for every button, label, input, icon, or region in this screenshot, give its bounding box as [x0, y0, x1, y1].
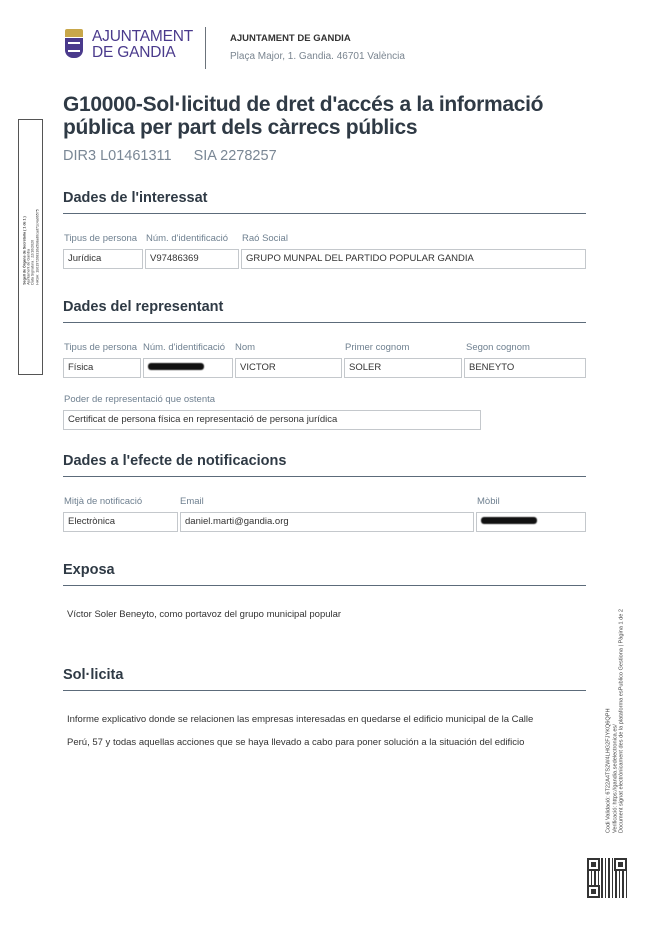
label-num-identificacio: Núm. d'identificació	[146, 233, 228, 244]
label-primer-cognom: Primer cognom	[345, 342, 409, 353]
section-title-representant: Dades del representant	[63, 299, 223, 315]
secretaria-seal-stamp: Segell de Òrgans de Secretaria ( 1 de 1 …	[18, 119, 43, 375]
sollicita-text-line-1: Informe explicativo donde se relacionen …	[67, 714, 533, 725]
field-representant-num-id	[143, 358, 233, 378]
field-interessat-tipus: Jurídica	[63, 249, 143, 269]
field-interessat-num-id: V97486369	[145, 249, 239, 269]
org-address: Plaça Major, 1. Gandia. 46701 València	[230, 51, 405, 62]
stamp-line: Data Signatura : 22/10/2020	[31, 209, 35, 285]
label-email: Email	[180, 496, 204, 507]
document-codes: DIR3 L01461311SIA 2278257	[63, 148, 277, 164]
field-representant-tipus: Física	[63, 358, 141, 378]
logo-line-1: AJUNTAMENT	[92, 29, 193, 45]
sia-code: SIA 2278257	[194, 148, 277, 164]
stamp-line: Ajuntament de Gandia	[26, 209, 30, 285]
ajuntament-logo: AJUNTAMENT DE GANDIA	[64, 27, 194, 63]
redaction-mark	[148, 363, 204, 370]
field-mitja-notificacio: Electrònica	[63, 512, 178, 532]
section-rule	[63, 476, 586, 477]
document-title: G10000-Sol·licitud de dret d'accés a la …	[63, 93, 583, 139]
verification-strip: Codi Validació: 6T22A4TS2W4LHG2FJYKQ6QPH…	[597, 588, 633, 853]
header-divider	[205, 27, 206, 69]
label-poder-representacio: Poder de representació que ostenta	[64, 394, 215, 405]
field-interessat-rao-social: GRUPO MUNPAL DEL PARTIDO POPULAR GANDIA	[241, 249, 586, 269]
field-representant-primer-cognom: SOLER	[344, 358, 462, 378]
section-title-interessat: Dades de l'interessat	[63, 190, 207, 206]
section-title-exposa: Exposa	[63, 562, 115, 578]
label-tipus-persona: Tipus de persona	[64, 342, 137, 353]
exposa-text: Víctor Soler Beneyto, como portavoz del …	[67, 609, 341, 620]
stamp-line: Segell de Òrgans de Secretaria ( 1 de 1 …	[22, 209, 26, 285]
label-tipus-persona: Tipus de persona	[64, 233, 137, 244]
label-mobil: Mòbil	[477, 496, 500, 507]
logo-text: AJUNTAMENT DE GANDIA	[92, 29, 193, 61]
section-rule	[63, 213, 586, 214]
section-title-notificacions: Dades a l'efecte de notificacions	[63, 453, 286, 469]
label-nom: Nom	[235, 342, 255, 353]
field-poder-representacio: Certificat de persona física en represen…	[63, 410, 481, 430]
org-name: AJUNTAMENT DE GANDIA	[230, 33, 351, 44]
field-representant-segon-cognom: BENEYTO	[464, 358, 586, 378]
label-mitja-notificacio: Mitjà de notificació	[64, 496, 142, 507]
field-representant-nom: VICTOR	[235, 358, 342, 378]
section-rule	[63, 585, 586, 586]
signature-note: Document signat electrònicament des de l…	[618, 608, 625, 832]
stamp-line: HASH: 1b0197268316a5b8ad0cad71c4a06575	[35, 209, 39, 285]
label-rao-social: Raó Social	[242, 233, 288, 244]
section-rule	[63, 322, 586, 323]
redaction-mark	[481, 517, 537, 524]
qr-code-icon	[587, 858, 627, 898]
gandia-crest-icon	[64, 29, 84, 61]
label-segon-cognom: Segon cognom	[466, 342, 530, 353]
logo-line-2: DE GANDIA	[92, 45, 193, 61]
field-email: daniel.marti@gandia.org	[180, 512, 474, 532]
section-rule	[63, 690, 586, 691]
section-title-sollicita: Sol·licita	[63, 667, 123, 683]
dir3-code: DIR3 L01461311	[63, 148, 172, 164]
sollicita-text-line-2: Perú, 57 y todas aquellas acciones que s…	[67, 737, 524, 748]
field-mobil	[476, 512, 586, 532]
label-num-identificacio: Núm. d'identificació	[143, 342, 225, 353]
